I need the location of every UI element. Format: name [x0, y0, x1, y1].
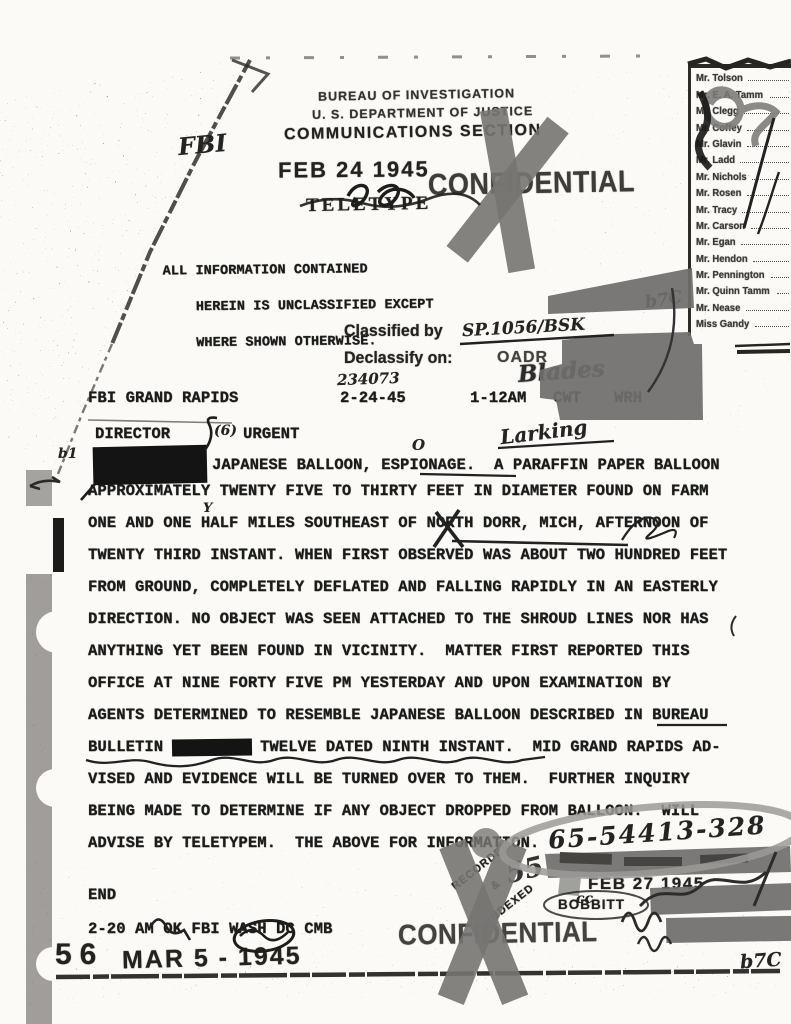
- punch-hole: [36, 611, 78, 653]
- file-desk-number-stamp: 56: [55, 938, 104, 972]
- declassify-on-label: Declassify on:: [344, 350, 452, 369]
- underline-north-dorr: [452, 541, 628, 545]
- punch-hole: [36, 769, 74, 807]
- teletype-body-line: OFFICE AT NINE FORTY FIVE PM YESTERDAY A…: [88, 674, 671, 692]
- message-time: 1-12AM: [470, 389, 526, 407]
- teletype-body-line: BEING MADE TO DETERMINE IF ANY OBJECT DR…: [88, 802, 699, 820]
- routing-name: Mr. Coffey: [696, 123, 742, 134]
- torn-top-edge: [230, 56, 640, 58]
- teletype-body-line: VISED AND EVIDENCE WILL BE TURNED OVER T…: [88, 770, 690, 788]
- routing-row: Mr. Hendon: [691, 248, 791, 264]
- margin-exemption-b1: b1: [58, 446, 78, 462]
- dotted-leader: [770, 97, 789, 98]
- routing-name: Mr. Tolson: [696, 73, 743, 84]
- scanned-fbi-teletype-document: Mr. Tolson Mr. E. A. Tamm Mr. Clegg Mr. …: [0, 0, 791, 1024]
- dotted-leader: [746, 310, 789, 311]
- teletype-body-line: BULLETIN: [88, 738, 163, 756]
- routing-slip: Mr. Tolson Mr. E. A. Tamm Mr. Clegg Mr. …: [688, 64, 791, 336]
- teletype-body-line: DIRECTION. NO OBJECT WAS SEEN ATTACHED T…: [88, 610, 709, 628]
- classified-by-label: Classified by: [344, 323, 443, 342]
- notice-line1: ALL INFORMATION CONTAINED: [163, 262, 368, 279]
- agency-stamp-line3: COMMUNICATIONS SECTION: [284, 122, 542, 144]
- teletype-body-line: AGENTS DETERMINED TO RESEMBLE JAPANESE B…: [88, 706, 709, 724]
- routing-name: Mr. Nease: [696, 303, 740, 314]
- handwritten-count-mark: (6): [214, 423, 237, 439]
- marker-redaction-bar: [666, 916, 791, 943]
- teletype-body-line: ANYTHING YET BEEN FOUND IN VICINITY. MAT…: [88, 642, 690, 660]
- routing-name: Mr. Quinn Tamm: [696, 286, 770, 297]
- routing-name: Mr. Tracy: [696, 205, 737, 216]
- ampersand: &: [489, 878, 503, 893]
- routing-row: Mr. Glavin: [691, 134, 791, 150]
- classified-by-value: SP.1056/BSK: [462, 315, 586, 341]
- message-date: 2-24-45: [340, 389, 406, 407]
- routing-name: Mr. Hendon: [696, 254, 748, 265]
- signoff-line: 2-20 AM OK FBI WASH DC CMB: [88, 920, 332, 938]
- exemption-code-right: b7C: [644, 287, 684, 313]
- dotted-leader: [741, 244, 789, 245]
- routing-name: Mr. Carson: [696, 221, 745, 232]
- routing-name: Mr. Clegg: [696, 106, 739, 117]
- routing-row: Mr. Egan: [691, 232, 791, 248]
- routing-row: Mr. Ladd: [691, 150, 791, 166]
- notice-line2: HEREIN IS UNCLASSIFIED EXCEPT: [196, 298, 434, 315]
- reviewer-signature: Blades: [517, 355, 605, 388]
- teletype-label: TELETYPE: [306, 193, 432, 217]
- routing-name: Mr. E. A. Tamm: [696, 90, 763, 101]
- date-received-stamp: FEB 24 1945: [278, 156, 430, 183]
- routing-row: Mr. Quinn Tamm: [691, 281, 791, 297]
- margin-arrow-mark: [30, 477, 60, 489]
- dotted-leader: [752, 179, 789, 180]
- routing-row: Mr. Carson: [691, 216, 791, 232]
- routing-row: Mr. Nease: [691, 297, 791, 313]
- routing-name: Mr. Rosen: [696, 188, 741, 199]
- routing-name: Mr. Egan: [696, 237, 736, 248]
- dotted-leader: [755, 326, 789, 327]
- routing-name: Mr. Nichols: [696, 172, 747, 183]
- routing-name: Mr. Pennington: [696, 270, 765, 281]
- routing-box-bottom-rule: [735, 344, 790, 346]
- precedence: URGENT: [243, 425, 299, 443]
- dotted-leader: [747, 130, 789, 131]
- teletype-body-line: FROM GROUND, COMPLETELY DEFLATED AND FAL…: [88, 578, 718, 596]
- agency-stamp-line1: BUREAU OF INVESTIGATION: [318, 86, 515, 103]
- margin-paren-mark: [731, 616, 736, 636]
- routing-name: Miss Gandy: [696, 319, 749, 330]
- dotted-leader: [748, 80, 789, 81]
- teletype-body-line: TWENTY THIRD INSTANT. WHEN FIRST OBSERVE…: [88, 546, 727, 564]
- routing-row: Mr. E. A. Tamm: [691, 84, 791, 100]
- signature-m: [638, 937, 671, 951]
- dotted-leader: [771, 277, 789, 278]
- dotted-leader: [747, 146, 789, 147]
- page-edge-shadow: [26, 470, 52, 506]
- routing-row: Mr. Clegg: [691, 101, 791, 117]
- underline-bulletin-wavy: [86, 757, 545, 766]
- dotted-leader: [742, 212, 789, 213]
- confidential-stamp-bottom: CONFIDENTIAL: [398, 915, 598, 953]
- routing-row: Mr. Coffey: [691, 117, 791, 133]
- dotted-leader: [753, 261, 789, 262]
- inserted-o-mark: O: [412, 436, 425, 454]
- routing-row: Mr. Nichols: [691, 166, 791, 182]
- dotted-leader: [740, 162, 789, 163]
- routing-row: Mr. Rosen: [691, 183, 791, 199]
- dotted-leader: [777, 293, 789, 294]
- dotted-leader: [747, 195, 789, 196]
- subject-line: JAPANESE BALLOON, ESPIONAGE. A PARAFFIN …: [212, 456, 720, 474]
- signature-m: [622, 913, 661, 931]
- teletype-body-line: TWELVE DATED NINTH INSTANT. MID GRAND RA…: [260, 738, 721, 756]
- routing-row: Mr. Pennington: [691, 265, 791, 281]
- operator-initials: WRH: [614, 389, 642, 407]
- date-received-stamp-bottom: FEB 27 1945: [588, 874, 705, 894]
- routing-name: Mr. Glavin: [696, 139, 741, 150]
- teletype-body-line: ONE AND ONE HALF MILES SOUTHEAST OF NORT…: [88, 514, 709, 532]
- underline-balloon: [420, 474, 516, 476]
- file-desk-date-stamp: MAR 5 - 1945: [122, 942, 302, 976]
- case-note-handwritten: 234073: [337, 369, 400, 389]
- handwritten-marks-overlay: [0, 0, 791, 1024]
- handwritten-annotation-word: Larking: [499, 415, 589, 449]
- routing-name: Mr. Ladd: [696, 155, 735, 166]
- edge-ink-mark: [53, 518, 64, 572]
- teletype-body-line: APPROXIMATELY TWENTY FIVE TO THIRTY FEET…: [88, 482, 709, 500]
- exemption-code-bottom: b7C: [739, 949, 782, 974]
- dotted-leader: [744, 113, 789, 114]
- redaction-black-inline: [172, 738, 252, 756]
- handwritten-fbi-note: FBI: [177, 128, 228, 161]
- redaction-black-box: [93, 445, 208, 485]
- agency-stamp-line2: U. S. DEPARTMENT OF JUSTICE: [312, 104, 533, 122]
- addressee: DIRECTOR: [95, 425, 170, 443]
- crease-over-director: [88, 420, 232, 423]
- scan-background-texture: [0, 0, 791, 1024]
- dotted-leader: [751, 228, 789, 229]
- end-line: END: [88, 886, 116, 904]
- routing-box-bottom-rule: [737, 351, 790, 352]
- originating-office: FBI GRAND RAPIDS: [88, 389, 238, 407]
- confidential-stamp-top: CONFIDENTIAL: [428, 164, 636, 202]
- routing-row: Miss Gandy: [691, 314, 791, 330]
- cc-note: cc: [576, 891, 593, 907]
- routing-row: Mr. Tolson: [691, 68, 791, 84]
- message-timezone: CWT: [553, 389, 581, 407]
- routing-row: Mr. Tracy: [691, 199, 791, 215]
